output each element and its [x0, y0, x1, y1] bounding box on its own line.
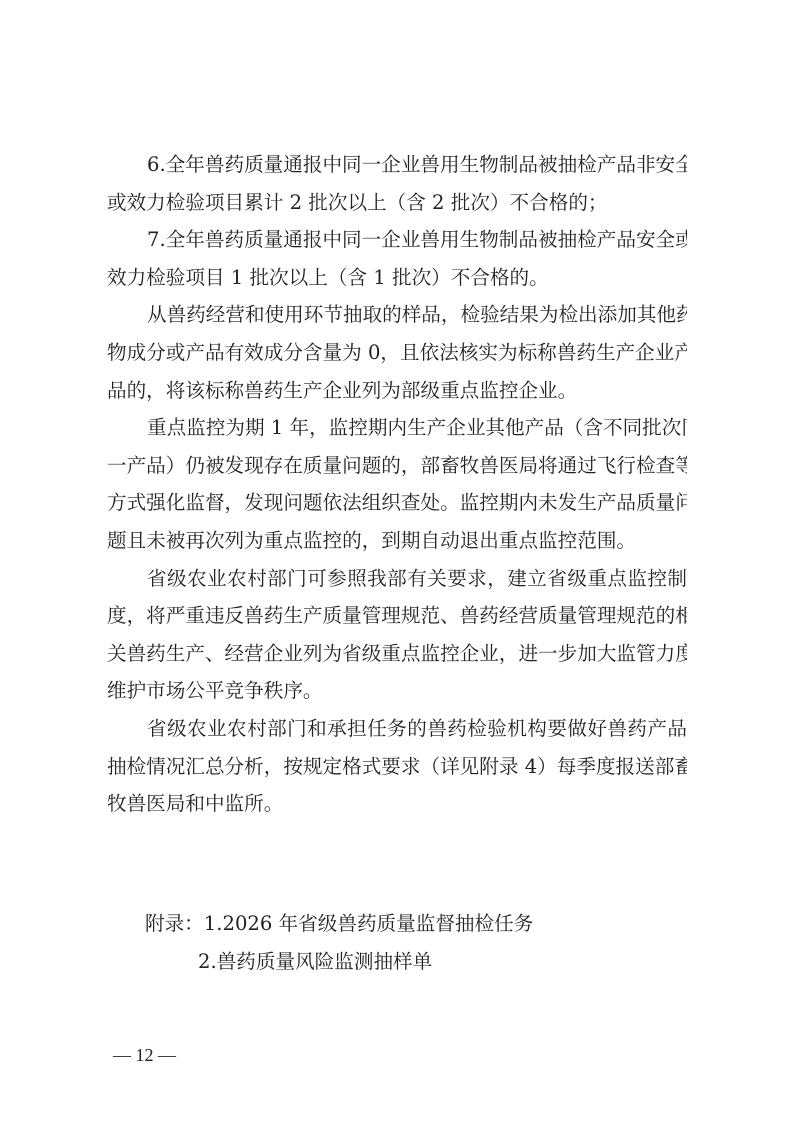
text-line: 抽检情况汇总分析，按规定格式要求（详见附录 4）每季度报送部畜 [107, 748, 687, 786]
appendix-list: 附录：1.2026 年省级兽药质量监督抽检任务 2.兽药质量风险监测抽样单 [145, 905, 645, 980]
paragraph-provincial-system: 省级农业农村部门可参照我部有关要求，建立省级重点监控制 度，将严重违反兽药生产质… [107, 560, 687, 710]
appendix-item: 2.兽药质量风险监测抽样单 [145, 943, 645, 981]
paragraph-item-6: 6.全年兽药质量通报中同一企业兽用生物制品被抽检产品非安全 或效力检验项目累计 … [107, 146, 687, 221]
paragraph-sample-source: 从兽药经营和使用环节抽取的样品，检验结果为检出添加其他药 物成分或产品有效成分含… [107, 296, 687, 409]
text-line: 物成分或产品有效成分含量为 0，且依法核实为标称兽药生产企业产 [107, 334, 687, 372]
appendix-item: 附录：1.2026 年省级兽药质量监督抽检任务 [145, 905, 645, 943]
text-line: 7.全年兽药质量通报中同一企业兽用生物制品被抽检产品安全或 [107, 221, 687, 259]
body-text: 6.全年兽药质量通报中同一企业兽用生物制品被抽检产品非安全 或效力检验项目累计 … [107, 146, 687, 823]
text-line: 省级农业农村部门和承担任务的兽药检验机构要做好兽药产品 [107, 710, 687, 748]
paragraph-reporting: 省级农业农村部门和承担任务的兽药检验机构要做好兽药产品 抽检情况汇总分析，按规定… [107, 710, 687, 823]
text-line: 牧兽医局和中监所。 [107, 785, 687, 823]
text-line: 省级农业农村部门可参照我部有关要求，建立省级重点监控制 [107, 560, 687, 598]
text-line: 效力检验项目 1 批次以上（含 1 批次）不合格的。 [107, 259, 687, 297]
text-line: 度，将严重违反兽药生产质量管理规范、兽药经营质量管理规范的相 [107, 597, 687, 635]
text-line: 6.全年兽药质量通报中同一企业兽用生物制品被抽检产品非安全 [107, 146, 687, 184]
text-line: 题且未被再次列为重点监控的，到期自动退出重点监控范围。 [107, 522, 687, 560]
text-line: 关兽药生产、经营企业列为省级重点监控企业，进一步加大监管力度， [107, 635, 687, 673]
text-line: 方式强化监督，发现问题依法组织查处。监控期内未发生产品质量问 [107, 484, 687, 522]
text-line: 品的，将该标称兽药生产企业列为部级重点监控企业。 [107, 372, 687, 410]
paragraph-item-7: 7.全年兽药质量通报中同一企业兽用生物制品被抽检产品安全或 效力检验项目 1 批… [107, 221, 687, 296]
text-line: 一产品）仍被发现存在质量问题的，部畜牧兽医局将通过飞行检查等 [107, 447, 687, 485]
page-number: — 12 — [113, 1045, 176, 1066]
text-line: 重点监控为期 1 年，监控期内生产企业其他产品（含不同批次同 [107, 409, 687, 447]
document-page: 6.全年兽药质量通报中同一企业兽用生物制品被抽检产品非安全 或效力检验项目累计 … [0, 0, 794, 1123]
text-line: 或效力检验项目累计 2 批次以上（含 2 批次）不合格的； [107, 184, 687, 222]
paragraph-monitoring-period: 重点监控为期 1 年，监控期内生产企业其他产品（含不同批次同 一产品）仍被发现存… [107, 409, 687, 559]
text-line: 维护市场公平竞争秩序。 [107, 672, 687, 710]
text-line: 从兽药经营和使用环节抽取的样品，检验结果为检出添加其他药 [107, 296, 687, 334]
